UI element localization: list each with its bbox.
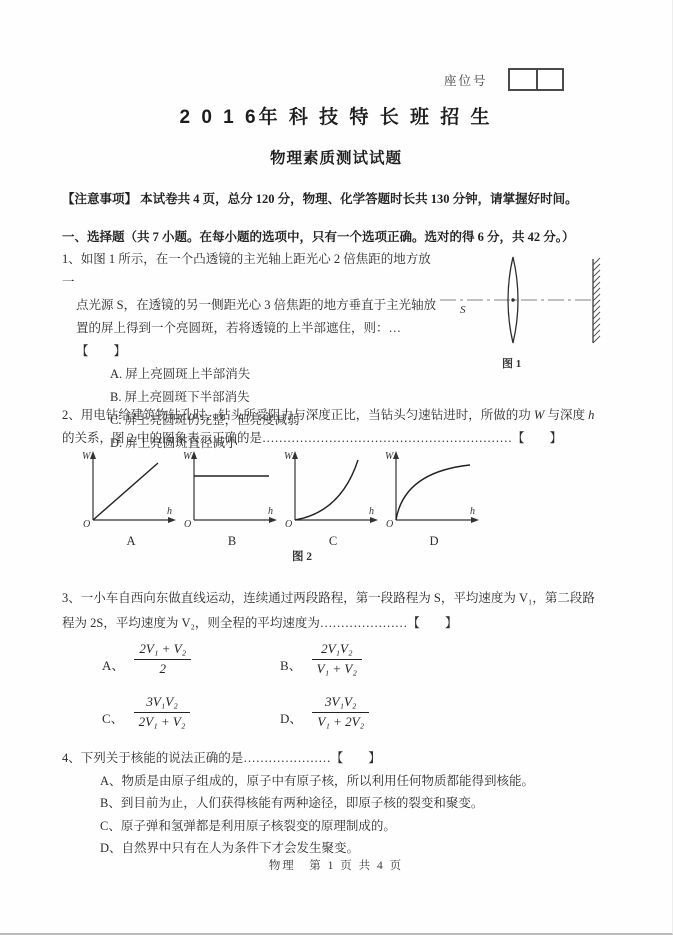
- exam-page: 座位号 2 0 1 6年 科 技 特 长 班 招 生 物理素质测试试题 【注意事…: [0, 0, 673, 935]
- section-heading: 一、选择题（共 7 小题。在每小题的选项中，只有一个选项正确。选对的得 6 分，…: [62, 227, 624, 245]
- fraction-numerator: 2V₁ + V₂: [134, 641, 191, 660]
- option-c-letter: C、: [102, 708, 124, 727]
- seat-cell-2: [536, 70, 562, 89]
- notice-line: 【注意事项】 本试卷共 4 页，总分 120 分，物理、化学答题时长共 130 …: [62, 189, 624, 207]
- x-axis-label: h: [369, 506, 374, 517]
- page-subtitle: 物理素质测试试题: [0, 146, 672, 168]
- option-b-fraction: 2V₁V₂ V₁ + V₂: [312, 641, 362, 678]
- question-4: 4、下列关于核能的说法正确的是…………………【 】 A、物质是由原子组成的，原子…: [62, 747, 632, 860]
- origin-label: O: [386, 519, 393, 528]
- y-axis-label: W: [385, 451, 395, 462]
- optical-center-dot: [511, 298, 514, 301]
- figure-1: S 图 1: [438, 252, 633, 371]
- option-b-letter: B、: [280, 655, 302, 674]
- x-axis-arrow-icon: [168, 517, 176, 523]
- x-axis-arrow-icon: [370, 517, 378, 523]
- fraction-denominator: 2: [154, 660, 171, 678]
- page-footer: 物理 第 1 页 共 4 页: [0, 857, 672, 873]
- y-axis-arrow-icon: [292, 451, 298, 459]
- y-axis-arrow-icon: [393, 451, 399, 459]
- origin-label: O: [184, 519, 191, 528]
- seat-number-label: 座位号: [444, 71, 488, 89]
- question-3-options: A、 2V₁ + V₂ 2 B、 2V₁V₂ V₁ + V₂ C、 3V₁V₂ …: [102, 641, 369, 731]
- option-a-letter: A、: [102, 655, 124, 674]
- fraction-denominator: 2V₁ + V₂: [134, 713, 191, 731]
- question-2-text-pre: 2、用电钻给建筑物钻孔时，钻头所受阻力与深度正比，当钻头匀速钻进时，所做的功: [62, 408, 534, 422]
- graph-a-letter: A: [81, 534, 181, 549]
- graph-c-letter: C: [283, 534, 383, 549]
- graph-d-letter: D: [384, 534, 484, 549]
- y-axis-label: W: [284, 451, 294, 462]
- graph-option-b: W h O B: [182, 450, 282, 549]
- fraction-denominator: V₁ + 2V₂: [312, 713, 369, 731]
- x-axis-label: h: [268, 506, 273, 517]
- y-axis-label: W: [183, 451, 193, 462]
- question-2: 2、用电钻给建筑物钻孔时，钻头所受阻力与深度正比，当钻头匀速钻进时，所做的功 W…: [62, 404, 624, 450]
- option-d-fraction: 3V₁V₂ V₁ + 2V₂: [312, 694, 369, 731]
- question-3-option-a: A、 2V₁ + V₂ 2: [102, 641, 280, 678]
- y-axis-arrow-icon: [90, 451, 96, 459]
- page-title: 2 0 1 6年 科 技 特 长 班 招 生: [0, 102, 672, 129]
- question-4-option-c: C、原子弹和氢弹都是利用原子核裂变的原理制成的。: [62, 815, 632, 838]
- work-symbol: W: [534, 408, 544, 422]
- question-2-line-1: 2、用电钻给建筑物钻孔时，钻头所受阻力与深度正比，当钻头匀速钻进时，所做的功 W…: [62, 404, 624, 427]
- seat-number-box: [508, 68, 564, 91]
- option-a-fraction: 2V₁ + V₂ 2: [134, 641, 191, 678]
- fraction-numerator: 3V₁V₂: [312, 694, 369, 713]
- concave-up-curve: [295, 460, 358, 520]
- question-1-line-2: 点光源 S，在透镜的另一侧距光心 3 倍焦距的地方垂直于主光轴放: [62, 294, 442, 317]
- graph-d-plot: W h O: [384, 450, 484, 528]
- x-axis-label: h: [167, 506, 172, 517]
- fraction-numerator: 2V₁V₂: [312, 641, 362, 660]
- graph-option-a: W h O A: [81, 450, 181, 549]
- y-axis-label: W: [82, 451, 92, 462]
- question-4-option-b: B、到目前为止，人们获得核能有两种途径，即原子核的裂变和聚变。: [62, 792, 632, 815]
- question-1-line-3: 置的屏上得到一个亮圆斑，若将透镜的上半部遮住，则：…【 】: [62, 317, 442, 363]
- option-c-fraction: 3V₁V₂ 2V₁ + V₂: [134, 694, 191, 731]
- origin-label: O: [285, 519, 292, 528]
- question-2-text-mid: 与深度: [544, 408, 588, 422]
- x-axis-arrow-icon: [471, 517, 479, 523]
- y-axis-arrow-icon: [191, 451, 197, 459]
- question-3-option-b: B、 2V₁V₂ V₁ + V₂: [280, 641, 369, 678]
- x-axis-arrow-icon: [269, 517, 277, 523]
- question-3-line-2: 程为 2S，平均速度为 V₂，则全程的平均速度为…………………【 】: [62, 611, 624, 636]
- concave-down-curve: [396, 465, 470, 520]
- linear-curve: [93, 463, 158, 520]
- figure-1-caption: 图 1: [438, 355, 633, 371]
- question-2-graphs: W h O A W h O B: [81, 450, 484, 549]
- question-3: 3、一小车自西向东做直线运动，连续通过两段路程，第一段路程为 S，平均速度为 V…: [62, 586, 624, 636]
- option-d-letter: D、: [280, 708, 302, 727]
- question-4-header: 4、下列关于核能的说法正确的是…………………【 】: [62, 747, 632, 770]
- seat-number-area: 座位号: [444, 68, 564, 91]
- graph-option-c: W h O C: [283, 450, 383, 549]
- question-3-option-d: D、 3V₁V₂ V₁ + 2V₂: [280, 694, 369, 731]
- seat-cell-1: [510, 70, 536, 89]
- question-3-option-c: C、 3V₁V₂ 2V₁ + V₂: [102, 694, 280, 731]
- question-1-option-a: A. 屏上亮圆斑上半部消失: [62, 363, 442, 386]
- light-source-label: S: [460, 304, 466, 316]
- question-3-line-1: 3、一小车自西向东做直线运动，连续通过两段路程，第一段路程为 S，平均速度为 V…: [62, 586, 624, 611]
- screen-hatching: [593, 258, 600, 343]
- depth-symbol: h: [588, 408, 594, 422]
- question-4-option-a: A、物质是由原子组成的，原子中有原子核，所以利用任何物质都能得到核能。: [62, 770, 632, 793]
- x-axis-label: h: [470, 506, 475, 517]
- fraction-denominator: V₁ + V₂: [312, 660, 362, 678]
- graph-option-d: W h O D: [384, 450, 484, 549]
- question-2-line-2: 的关系，图 2 中的图象表示正确的是……………………………………………………【 …: [62, 427, 624, 450]
- lens-diagram: S: [438, 252, 633, 350]
- graph-a-plot: W h O: [81, 450, 181, 528]
- origin-label: O: [83, 519, 90, 528]
- question-1-line-1: 1、如图 1 所示，在一个凸透镜的主光轴上距光心 2 倍焦距的地方放一: [62, 248, 442, 294]
- fraction-numerator: 3V₁V₂: [134, 694, 191, 713]
- graph-c-plot: W h O: [283, 450, 383, 528]
- graph-b-letter: B: [182, 534, 282, 549]
- graph-b-plot: W h O: [182, 450, 282, 528]
- figure-2-caption: 图 2: [272, 548, 332, 564]
